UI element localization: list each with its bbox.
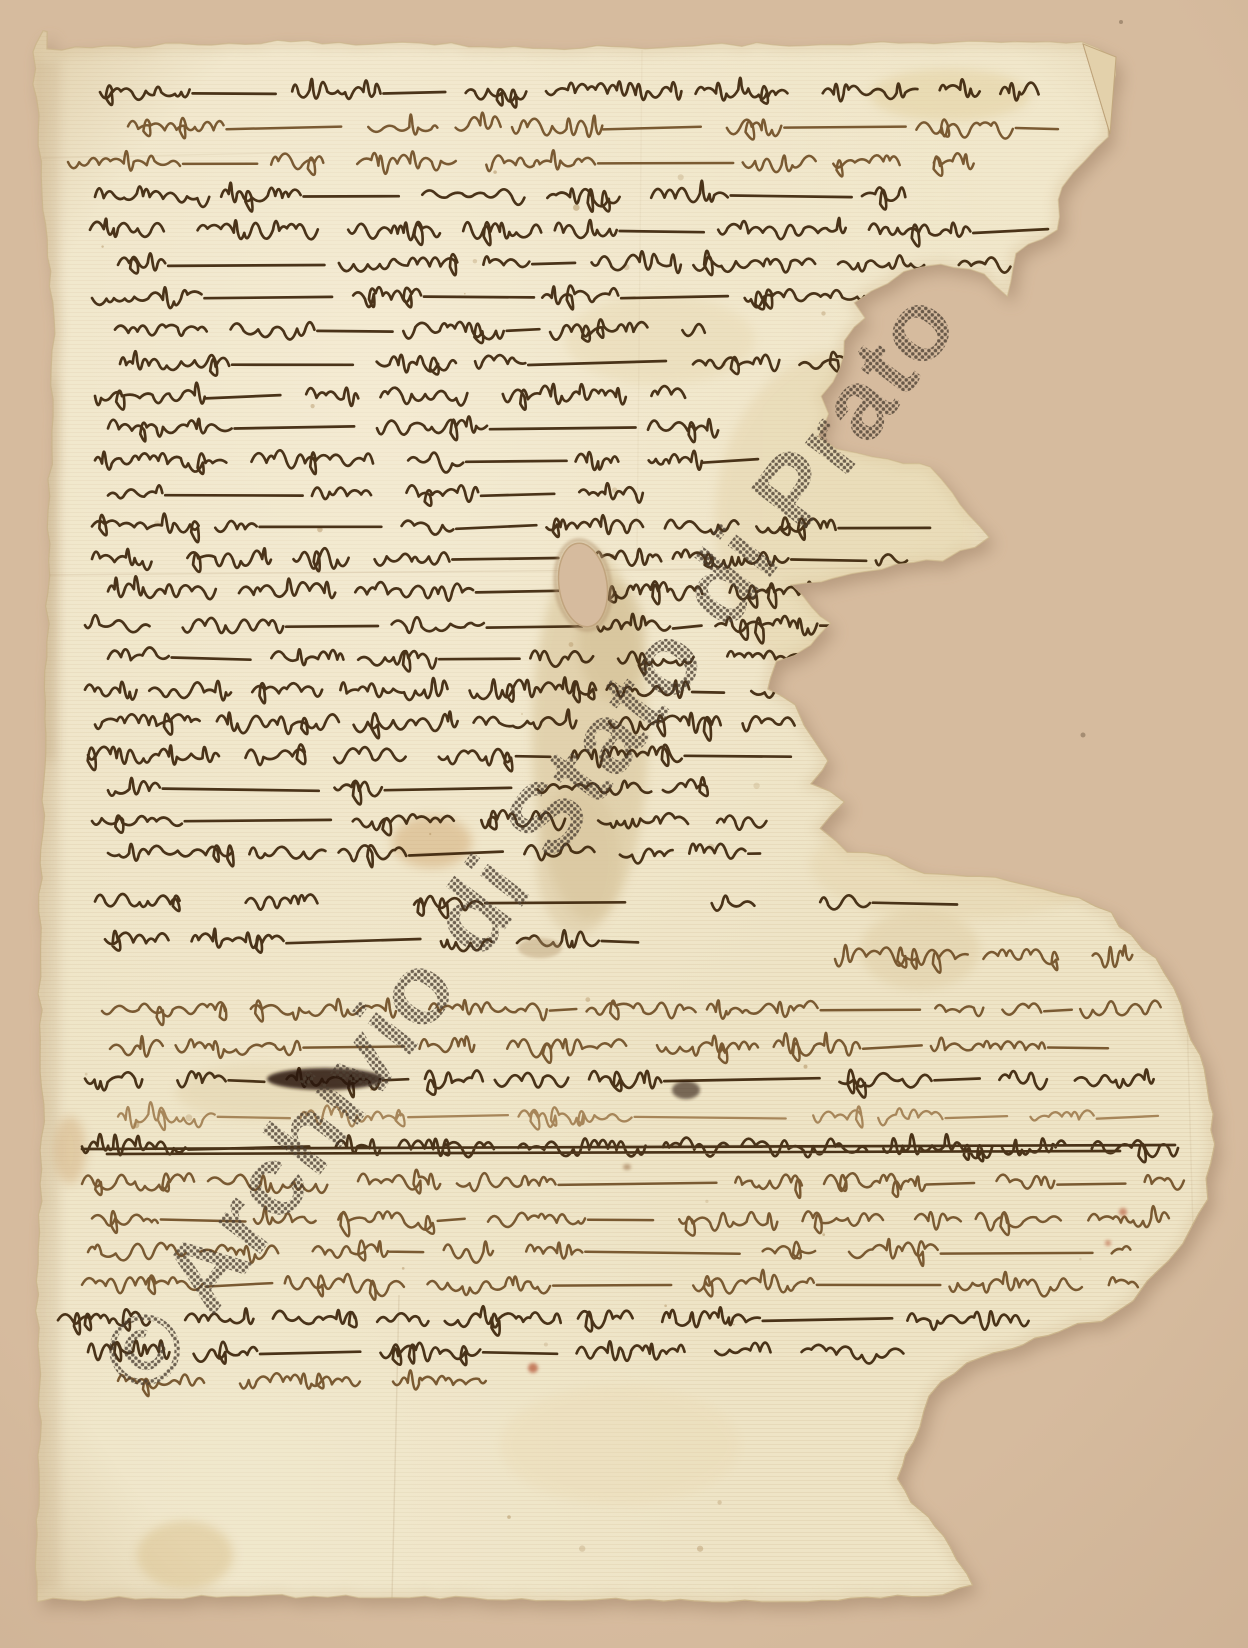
foxing-dot [664,1304,667,1307]
dust-speck [1081,733,1086,738]
paper-stain [500,1385,740,1505]
ink-blotch [518,938,562,958]
foxing-dot [569,642,574,647]
foxing-dot [821,311,825,315]
ink-blotch [672,1081,700,1099]
paper-stain [860,910,980,990]
foxing-dot [101,245,103,247]
left-edge-wear [36,380,56,760]
manuscript-page [0,0,1248,1648]
foxing-dot [464,293,466,295]
foxing-dot [678,174,684,180]
foxing-dot [585,997,590,1002]
foxing-dot [544,1343,548,1347]
paper-surface [0,0,1248,1648]
foxing-dot [573,204,580,211]
paper-stain [565,295,755,385]
foxing-dot [579,1545,585,1551]
ink-blotch [1119,1208,1127,1216]
left-edge-curl-shadow [34,60,60,1590]
foxing-dot [753,783,759,789]
foxing-dot [311,404,315,408]
ink-blotch [528,1363,538,1373]
foxing-dot [507,1515,511,1519]
foxing-dot [697,1546,703,1552]
foxing-dot [473,259,477,263]
foxing-dot [1079,1258,1081,1260]
foxing-dot [429,833,431,835]
foxing-dot [1062,517,1064,519]
ink-blotch [1105,1240,1111,1246]
ink-blotch [623,1164,631,1170]
foxing-dot [1016,1534,1021,1539]
foxing-dot [85,1073,88,1076]
scanner-background: © Archivio di Stato di Prato [0,0,1248,1648]
foxing-dot [822,1233,825,1236]
paper-stain [810,810,1110,920]
foxing-dot [493,170,497,174]
foxing-dot [521,713,523,715]
foxing-dot [1011,435,1014,438]
foxing-dot [186,1114,193,1121]
foxing-dot [804,1065,808,1069]
foxing-dot [1071,456,1074,459]
paper-stain [137,1521,233,1589]
foxing-dot [1093,884,1096,887]
foxing-dot [733,1324,735,1326]
foxing-dot [981,1537,984,1540]
foxing-dot [717,1500,721,1504]
foxing-dot [705,1200,708,1203]
manuscript-scan: © Archivio di Stato di Prato [0,0,1248,1648]
dust-speck [1119,20,1123,24]
foxing-dot [402,1267,405,1270]
